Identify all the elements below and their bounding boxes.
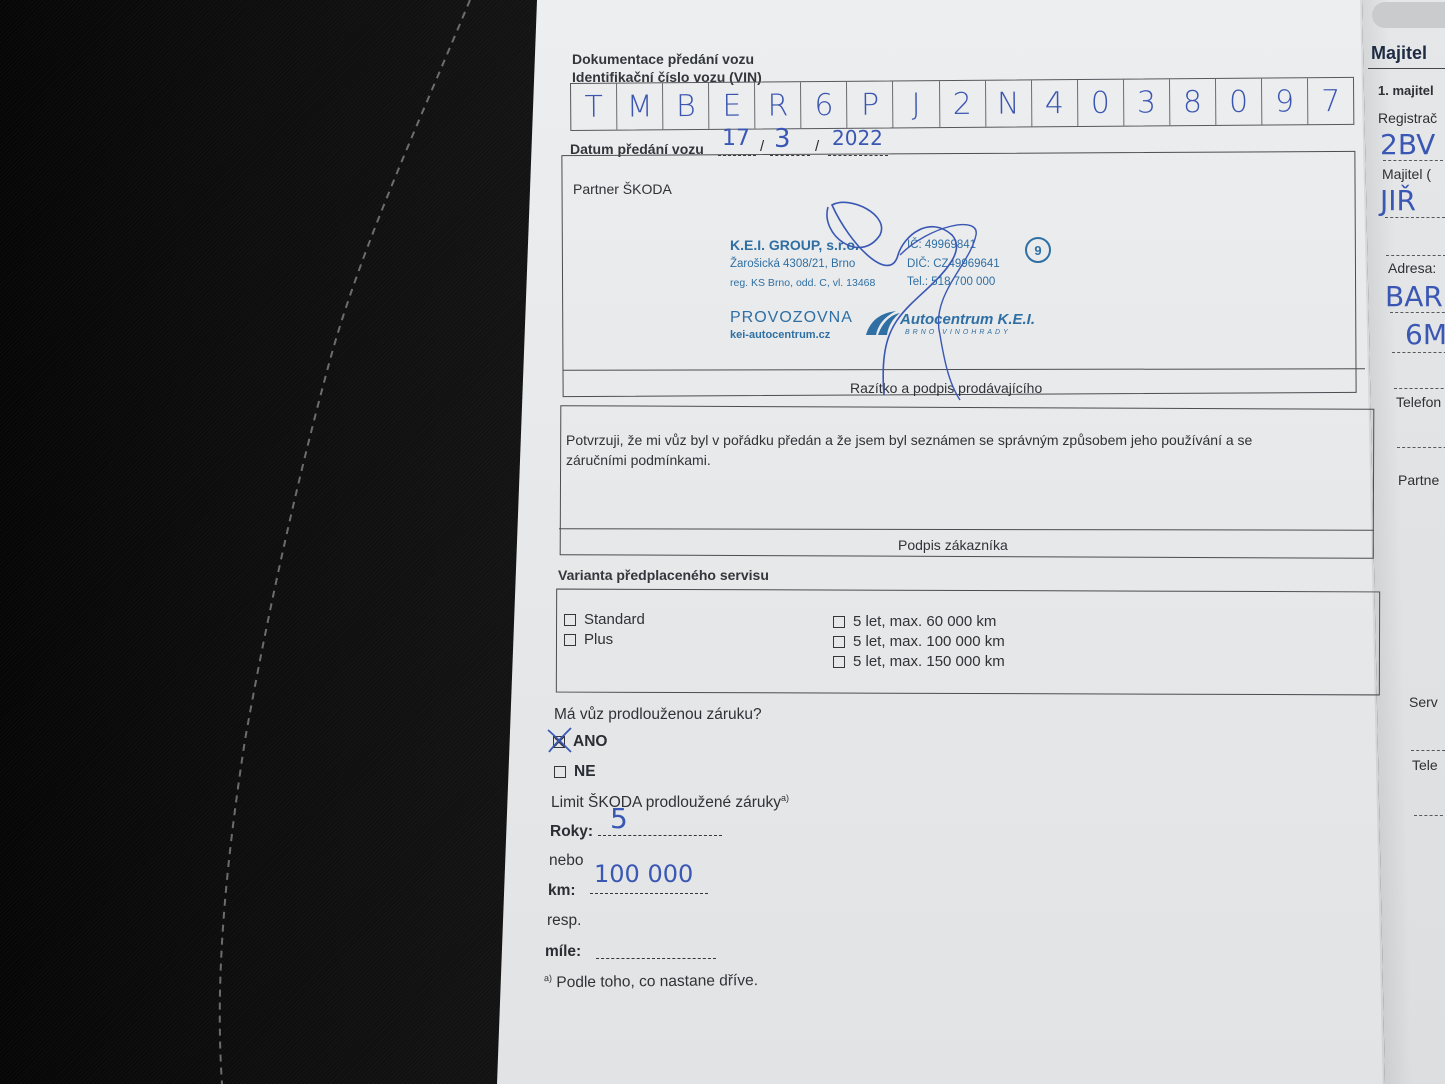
km-label: km: [548,882,576,900]
next-page-subheading: 1. majitel [1378,83,1434,98]
field-label: Majitel ( [1382,166,1431,182]
vin-character-cell[interactable]: T [571,84,617,130]
date-month: 3 [774,124,791,154]
page-tab [1372,2,1445,28]
next-page-heading: Majitel [1371,43,1427,64]
vin-character-cell[interactable]: 9 [1262,78,1308,124]
dealer-signature [780,195,1020,405]
field-rule [1386,255,1445,256]
no-label: NE [574,763,596,781]
field-rule [1383,160,1443,161]
resp-label: resp. [547,912,581,930]
vin-character-cell[interactable]: E [709,83,755,129]
yes-label: ANO [573,733,607,751]
checkbox-icon[interactable] [833,616,845,628]
miles-field[interactable] [596,940,718,962]
vin-character-cell[interactable]: 6 [801,82,847,128]
field-rule [1385,217,1445,218]
warranty-question: Má vůz prodlouženou záruku? [554,706,762,724]
date-separator: / [760,138,764,155]
field-label: Serv [1409,694,1438,710]
years-field[interactable]: 5 [598,806,724,838]
variant-standard[interactable]: Standard [564,611,645,628]
vin-character-cell[interactable]: 2 [939,81,985,127]
field-value: 2BV [1380,128,1435,161]
checkbox-icon[interactable] [833,656,845,668]
vin-character-cell[interactable]: 3 [1124,79,1170,125]
field-label: Telefon [1396,394,1441,410]
customer-signature-label: Podpis zákazníka [898,537,1008,553]
document-title: Dokumentace předání vozu [572,51,754,67]
checkbox-icon[interactable] [833,636,845,648]
date-day: 17 [722,126,750,151]
vin-character-cell[interactable]: N [986,80,1032,126]
field-rule [1392,352,1445,353]
checkbox-icon[interactable] [564,634,576,646]
stamp-circled-number: 9 [1025,237,1051,263]
handwritten-x-mark [545,726,575,754]
confirmation-text-line2: záručními podmínkami. [566,452,711,468]
field-label: Registrač [1378,110,1437,126]
years-value: 5 [610,802,628,835]
or-label: nebo [549,852,583,870]
variant-label: Plus [584,631,613,648]
vin-character-cell[interactable]: J [893,81,939,127]
date-separator: / [815,138,819,155]
limit-100000[interactable]: 5 let, max. 100 000 km [833,633,1005,650]
field-value: JIŘ [1380,184,1416,217]
limit-label: 5 let, max. 150 000 km [853,653,1005,670]
footnote-mark: a) [544,973,552,983]
vin-character-cell[interactable]: 0 [1216,79,1262,125]
prepaid-service-heading: Varianta předplaceného servisu [558,567,769,583]
vin-character-cell[interactable]: B [663,83,709,129]
limit-150000[interactable]: 5 let, max. 150 000 km [833,653,1005,670]
km-field[interactable]: 100 000 [590,860,712,896]
field-label: Tele [1412,757,1438,773]
heading-rule [1368,68,1445,69]
date-year: 2022 [832,126,883,150]
field-rule [1394,388,1445,389]
variant-plus[interactable]: Plus [564,631,613,648]
field-rule [1414,815,1445,816]
vin-character-cell[interactable]: 0 [1078,80,1124,126]
vin-character-cell[interactable]: 8 [1170,79,1216,125]
field-value: 6M [1405,318,1445,351]
limit-label: 5 let, max. 60 000 km [853,613,996,630]
vin-character-cell[interactable]: P [847,81,893,127]
warranty-no[interactable]: NE [554,763,596,781]
document-photo: Dokumentace předání vozu Identifikační č… [0,0,1445,1084]
limit-label: 5 let, max. 100 000 km [853,633,1005,650]
field-rule [1411,750,1445,751]
vin-field[interactable]: TMBER6PJ2N4038097 [570,77,1354,131]
checkbox-icon[interactable] [564,614,576,626]
field-label: Partne [1398,472,1439,488]
vin-character-cell[interactable]: M [617,83,663,129]
limit-60000[interactable]: 5 let, max. 60 000 km [833,613,996,630]
variant-label: Standard [584,611,645,628]
vin-character-cell[interactable]: 7 [1308,78,1353,124]
years-label: Roky: [550,823,593,841]
footnote-text: Podle toho, co nastane dříve. [556,972,758,991]
miles-label: míle: [545,943,581,961]
field-rule [1390,312,1445,313]
field-value: BAR [1385,280,1443,313]
confirmation-text-line1: Potvrzuji, že mi vůz byl v pořádku předá… [566,432,1252,448]
dealer-label: Partner ŠKODA [573,181,672,197]
field-rule [1397,447,1445,448]
km-value: 100 000 [594,860,693,888]
customer-section [560,405,1375,559]
vin-character-cell[interactable]: R [755,82,801,128]
vin-character-cell[interactable]: 4 [1032,80,1078,126]
footnote-mark: a) [781,793,789,803]
checkbox-icon[interactable] [554,766,566,778]
footnote: a) Podle toho, co nastane dříve. [544,971,758,992]
field-label: Adresa: [1388,260,1436,276]
